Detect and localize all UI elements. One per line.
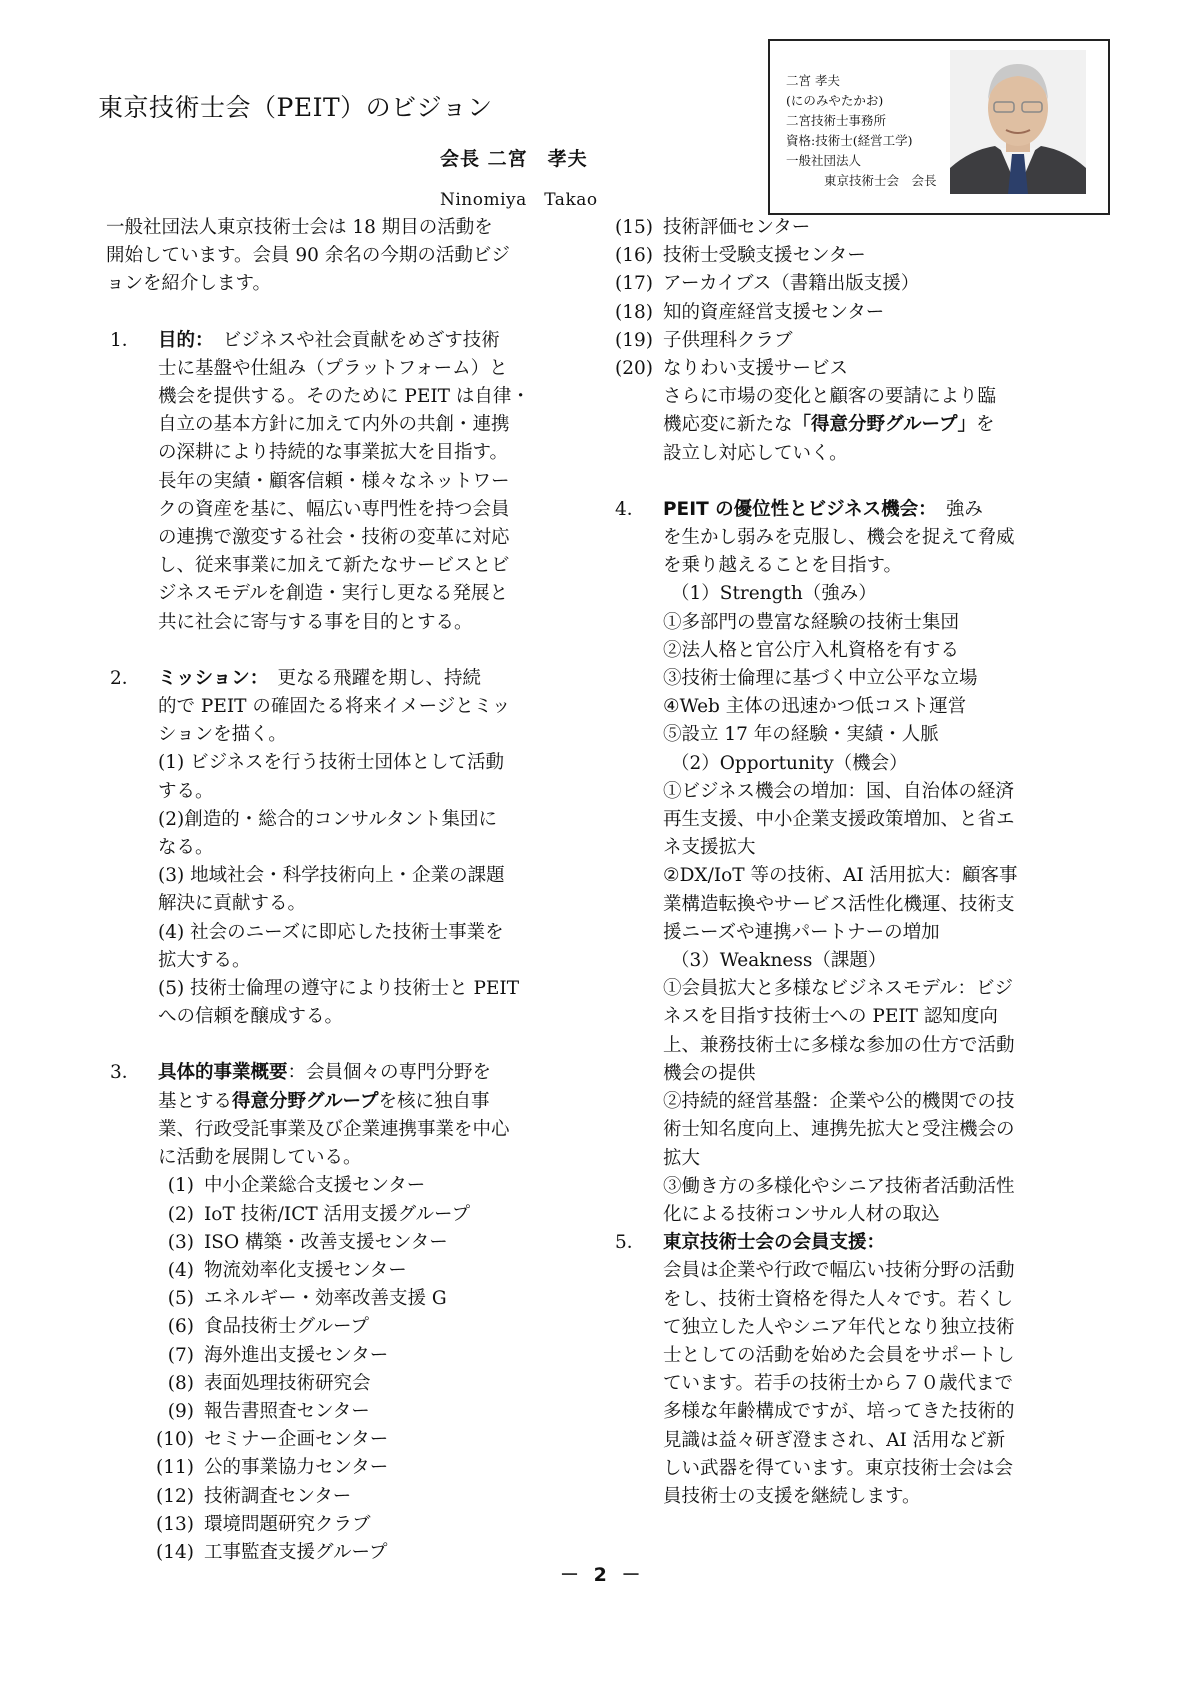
profile-line: 資格:技術士(経営工学) [786, 131, 937, 151]
list-item: (20)なりわい支援サービス [605, 355, 1095, 383]
list-item: (10)セミナー企画センター [146, 1426, 590, 1454]
list-item: (16)技術士受験支援センター [605, 242, 1095, 270]
author-name-jp: 会長 二宮 孝夫 [440, 144, 588, 171]
section-number: 2． [110, 665, 158, 1032]
section-number: 5． [615, 1229, 663, 1511]
profile-line: 二宮 孝夫 [786, 71, 937, 91]
list-item: (12)技術調査センター [146, 1483, 590, 1511]
list-item: (17)アーカイブス（書籍出版支援） [605, 270, 1095, 298]
profile-box: 二宮 孝夫 (にのみやたかお) 二宮技術士事務所 資格:技術士(経営工学) 一般… [768, 39, 1110, 215]
profile-line: 二宮技術士事務所 [786, 111, 937, 131]
section-3-business-overview: 3． 具体的事業概要：会員個々の専門分野を 基とする得意分野グループを核に独自事… [110, 1059, 590, 1567]
section-number: 1． [110, 327, 158, 637]
page-number: － 2 － [560, 1560, 644, 1587]
section-1-purpose: 1． 目的： ビジネスや社会貢献をめざす技術 士に基盤や仕組み（プラットフォーム… [110, 327, 590, 637]
section-2-mission: 2． ミッション： 更なる飛躍を期し、持続 的で PEIT の確固たる将来イメー… [110, 665, 590, 1032]
page-title: 東京技術士会（PEIT）のビジョン [98, 88, 493, 124]
strength-heading: （1）Strength（強み） [663, 580, 1095, 608]
business-group-list-continued: (15)技術評価センター (16)技術士受験支援センター (17)アーカイブス（… [605, 214, 1095, 383]
list-item: (2)IoT 技術/ICT 活用支援グループ [146, 1201, 590, 1229]
list-item: (13)環境問題研究クラブ [146, 1511, 590, 1539]
intro-line: ョンを紹介します。 [106, 270, 590, 298]
section-heading: 目的： [158, 330, 204, 351]
list-item: (9)報告書照査センター [146, 1398, 590, 1426]
profile-line: 一般社団法人 [786, 151, 937, 171]
list-item: (14)工事監査支援グループ [146, 1539, 590, 1567]
right-column: (15)技術評価センター (16)技術士受験支援センター (17)アーカイブス（… [615, 214, 1095, 1511]
list-item: (18)知的資産経営支援センター [605, 299, 1095, 327]
section-4-advantages: 4． PEIT の優位性とビジネス機会： 強み を生かし弱みを克服し、機会を捉え… [615, 496, 1095, 1229]
portrait-photo [950, 50, 1086, 194]
section-heading: PEIT の優位性とビジネス機会： [663, 499, 927, 520]
weakness-heading: （3）Weakness（課題） [663, 947, 1095, 975]
profile-text: 二宮 孝夫 (にのみやたかお) 二宮技術士事務所 資格:技術士(経営工学) 一般… [786, 71, 937, 191]
author-name-en: Ninomiya Takao [440, 185, 598, 210]
list-item: (15)技術評価センター [605, 214, 1095, 242]
opportunity-heading: （2）Opportunity（機会） [663, 750, 1095, 778]
section-heading: 具体的事業概要 [158, 1062, 288, 1083]
business-group-list: (1)中小企業総合支援センター (2)IoT 技術/ICT 活用支援グループ (… [146, 1172, 590, 1567]
list-item: (1)中小企業総合支援センター [146, 1172, 590, 1200]
section-number: 4． [615, 496, 663, 1229]
section-heading: 東京技術士会の会員支援： [663, 1229, 1095, 1257]
list-item: (8)表面処理技術研究会 [146, 1370, 590, 1398]
list-item: (7)海外進出支援センター [146, 1342, 590, 1370]
profile-line: (にのみやたかお) [786, 91, 937, 111]
section-heading: ミッション： [158, 668, 259, 689]
list-item: (5)エネルギー・効率改善支援 G [146, 1285, 590, 1313]
list-item: (6)食品技術士グループ [146, 1313, 590, 1341]
left-column: 一般社団法人東京技術士会は 18 期目の活動を 開始しています。会員 90 余名… [110, 214, 590, 1567]
intro-line: 一般社団法人東京技術士会は 18 期目の活動を [106, 214, 590, 242]
profile-line: 東京技術士会 会長 [786, 171, 937, 191]
intro-line: 開始しています。会員 90 余名の今期の活動ビジ [106, 242, 590, 270]
list-item: (11)公的事業協力センター [146, 1454, 590, 1482]
list-item: (4)物流効率化支援センター [146, 1257, 590, 1285]
section-5-member-support: 5． 東京技術士会の会員支援： 会員は企業や行政で幅広い技術分野の活動 をし、技… [615, 1229, 1095, 1511]
list-item: (3)ISO 構築・改善支援センター [146, 1229, 590, 1257]
list-item: (19)子供理科クラブ [605, 327, 1095, 355]
